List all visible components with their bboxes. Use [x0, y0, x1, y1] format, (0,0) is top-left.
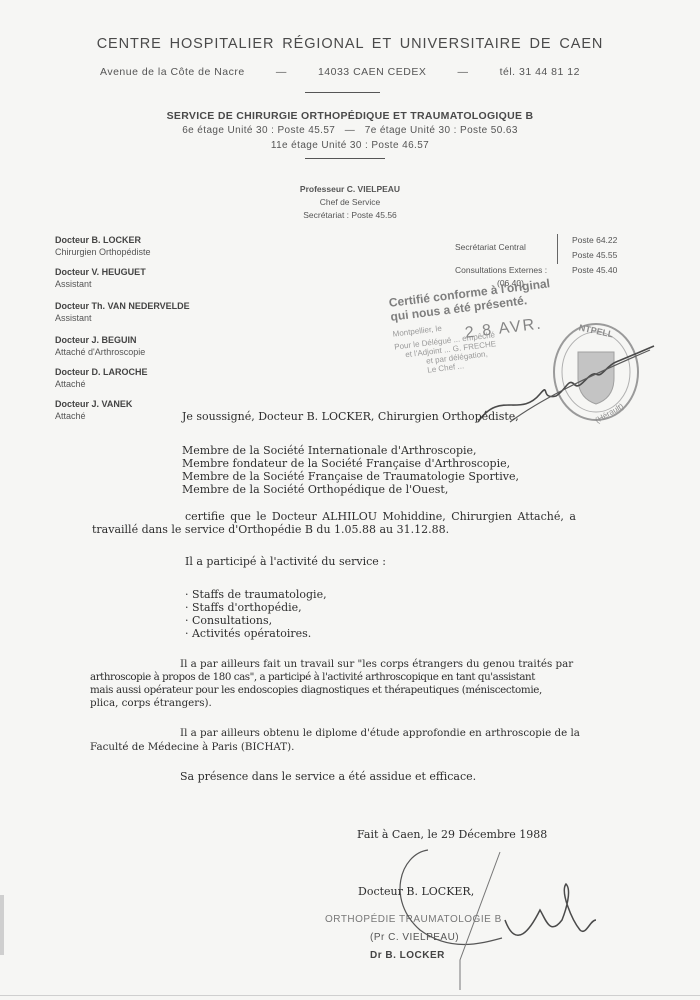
participation-intro: Il a participé à l'activité du service : — [185, 555, 386, 568]
staff-role: Assistant — [55, 312, 190, 324]
central-secretariat-label: Secrétariat Central — [455, 242, 526, 252]
scan-edge-marking — [0, 895, 4, 955]
work-paragraph-line: Il a par ailleurs fait un travail sur "l… — [180, 658, 573, 671]
service-floors-line2: 11e étage Unité 30 : Poste 46.57 — [0, 140, 700, 151]
service-title: SERVICE DE CHIRURGIE ORTHOPÉDIQUE ET TRA… — [0, 110, 700, 122]
address-separator: — — [276, 66, 287, 78]
staff-name: Docteur J. BEGUIN — [55, 334, 145, 346]
activity-item: · Staffs d'orthopédie, — [185, 601, 302, 614]
work-paragraph-line: plica, corps étrangers). — [90, 697, 212, 710]
certify-line: travaillé dans le service d'Orthopédie B… — [92, 523, 449, 536]
activity-item: · Staffs de traumatologie, — [185, 588, 327, 601]
service-floors-line1: 6e étage Unité 30 : Poste 45.57 — 7e éta… — [0, 125, 700, 136]
consultations-label: Consultations Externes : — [455, 265, 547, 275]
chief-name: Professeur C. VIELPEAU — [270, 184, 430, 194]
membership-item: Membre fondateur de la Société Française… — [182, 457, 510, 470]
activity-item: · Consultations, — [185, 614, 272, 627]
activity-item: · Activités opératoires. — [185, 627, 311, 640]
staff-name: Docteur Th. VAN NEDERVELDE — [55, 300, 190, 312]
membership-item: Membre de la Société Orthopédique de l'O… — [182, 483, 448, 496]
staff-role: Chirurgien Orthopédiste — [55, 246, 151, 258]
staff-member: Docteur J. VANEK Attaché — [55, 398, 132, 422]
staff-name: Docteur B. LOCKER — [55, 234, 151, 246]
diploma-paragraph-line: Il a par ailleurs obtenu le diplome d'ét… — [180, 727, 580, 740]
scan-bottom-edge — [0, 995, 700, 996]
staff-name: Docteur J. VANEK — [55, 398, 132, 410]
central-poste-2: Poste 45.55 — [572, 250, 617, 260]
consultations-poste: Poste 45.40 — [572, 265, 617, 275]
membership-item: Membre de la Société Française de Trauma… — [182, 470, 519, 483]
staff-member: Docteur B. LOCKER Chirurgien Orthopédist… — [55, 234, 151, 258]
staff-role: Assistant — [55, 278, 146, 290]
work-paragraph-line: mais aussi opérateur pour les endoscopie… — [90, 684, 542, 697]
address-street: Avenue de la Côte de Nacre — [100, 66, 245, 78]
address-phone: tél. 31 44 81 12 — [500, 66, 580, 78]
certify-line: certifie que le Docteur ALHILOU Mohiddin… — [185, 510, 576, 523]
service-divider — [305, 158, 385, 159]
letter-intro: Je soussigné, Docteur B. LOCKER, Chirurg… — [182, 410, 519, 423]
address-separator: — — [457, 66, 468, 78]
staff-name: Docteur V. HEUGUET — [55, 266, 146, 278]
secretariat-divider — [557, 234, 558, 264]
staff-member: Docteur Th. VAN NEDERVELDE Assistant — [55, 300, 190, 324]
staff-member: Docteur D. LAROCHE Attaché — [55, 366, 148, 390]
membership-item: Membre de la Société Internationale d'Ar… — [182, 444, 477, 457]
staff-role: Attaché — [55, 410, 132, 422]
handwritten-signature-icon — [390, 840, 620, 1000]
staff-member: Docteur V. HEUGUET Assistant — [55, 266, 146, 290]
institution-title: CENTRE HOSPITALIER RÉGIONAL ET UNIVERSIT… — [0, 36, 700, 52]
institution-address: Avenue de la Côte de Nacre — 14033 CAEN … — [100, 66, 580, 78]
work-paragraph-line: arthroscopie à propos de 180 cas", a par… — [90, 671, 535, 684]
header-divider — [305, 92, 380, 93]
presence-statement: Sa présence dans le service a été assidu… — [180, 770, 476, 783]
staff-role: Attaché — [55, 378, 148, 390]
chief-role: Chef de Service — [270, 197, 430, 207]
staff-name: Docteur D. LAROCHE — [55, 366, 148, 378]
address-city: 14033 CAEN CEDEX — [318, 66, 426, 78]
central-poste-1: Poste 64.22 — [572, 235, 617, 245]
chief-secretariat: Secrétariat : Poste 45.56 — [270, 210, 430, 220]
document-page: CENTRE HOSPITALIER RÉGIONAL ET UNIVERSIT… — [0, 0, 700, 1000]
staff-member: Docteur J. BEGUIN Attaché d'Arthroscopie — [55, 334, 145, 358]
diploma-paragraph-line: Faculté de Médecine à Paris (BICHAT). — [90, 741, 294, 754]
staff-role: Attaché d'Arthroscopie — [55, 346, 145, 358]
